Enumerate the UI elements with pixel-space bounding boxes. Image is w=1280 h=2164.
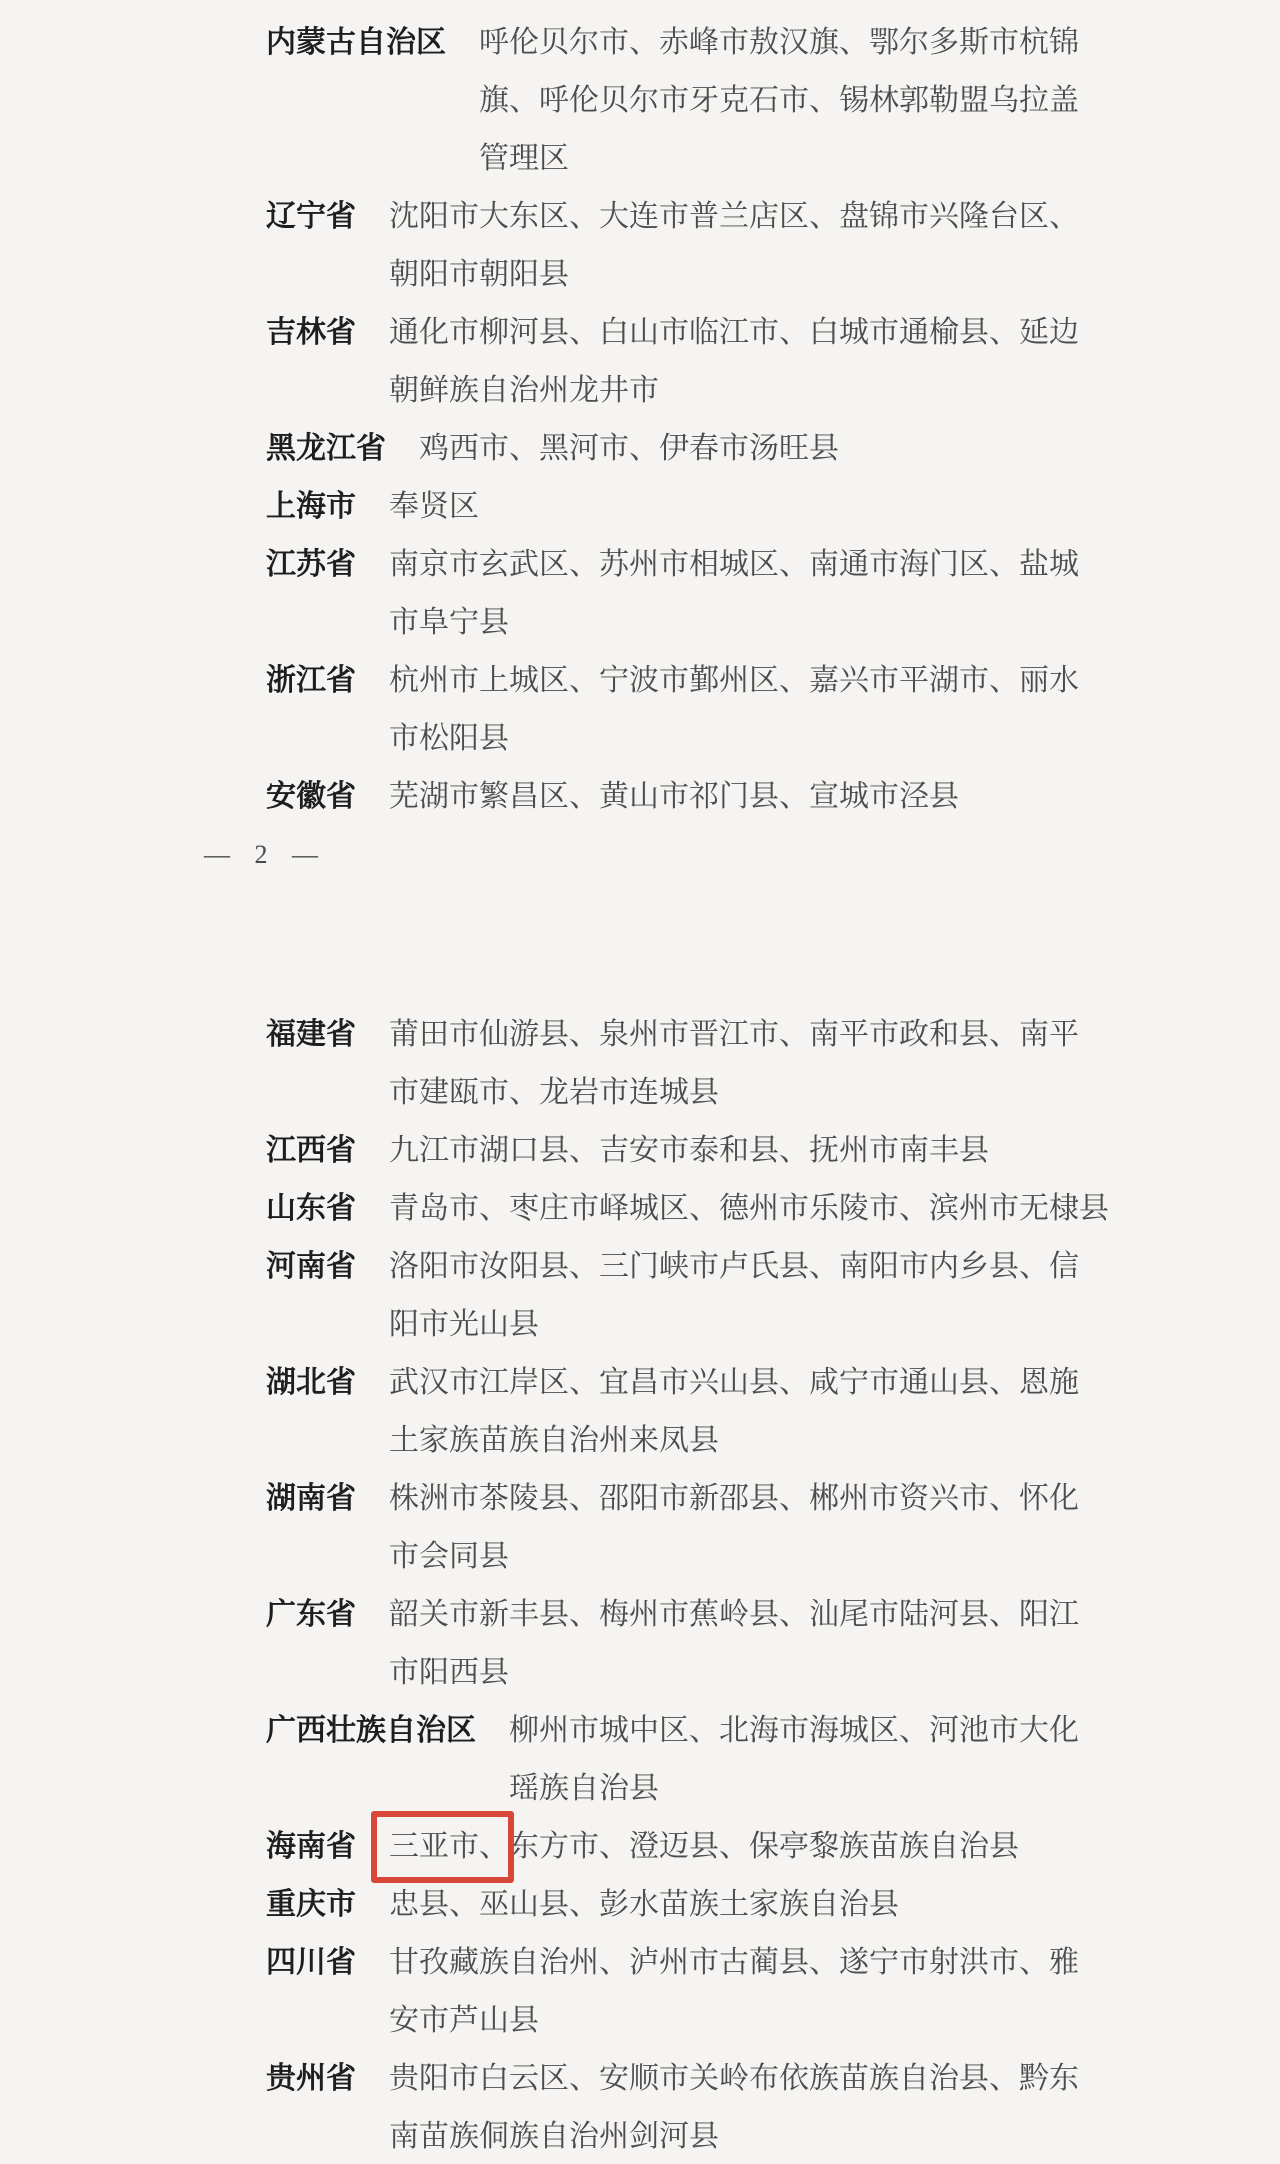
province-label: 湖北省 (266, 1354, 356, 1412)
region-line: 莆田市仙游县、泉州市晋江市、南平市政和县、南平 (389, 1006, 1079, 1064)
region-line: 武汉市江岸区、宜昌市兴山县、咸宁市通山县、恩施 (389, 1354, 1079, 1412)
province-label: 海南省 (266, 1818, 356, 1876)
province-row: 江西省九江市湖口县、吉安市泰和县、抚州市南丰县 (266, 1122, 1126, 1180)
region-list: 通化市柳河县、白山市临江市、白城市通榆县、延边朝鲜族自治州龙井市 (389, 304, 1079, 420)
province-row: 湖北省武汉市江岸区、宜昌市兴山县、咸宁市通山县、恩施土家族苗族自治州来凤县 (266, 1354, 1126, 1470)
page-3-rows: 福建省莆田市仙游县、泉州市晋江市、南平市政和县、南平市建瓯市、龙岩市连城县江西省… (266, 1006, 1126, 2164)
region-line: 沈阳市大东区、大连市普兰店区、盘锦市兴隆台区、 (389, 188, 1079, 246)
region-list: 三亚市、东方市、澄迈县、保亭黎族苗族自治县 (389, 1818, 1019, 1876)
region-line: 朝阳市朝阳县 (389, 246, 1079, 304)
region-line: 阳市光山县 (389, 1296, 1079, 1354)
province-row: 山东省青岛市、枣庄市峄城区、德州市乐陵市、滨州市无棣县 (266, 1180, 1126, 1238)
province-label: 江西省 (266, 1122, 356, 1180)
province-row: 内蒙古自治区呼伦贝尔市、赤峰市敖汉旗、鄂尔多斯市杭锦旗、呼伦贝尔市牙克石市、锡林… (266, 14, 1126, 188)
region-line: 甘孜藏族自治州、泸州市古蔺县、遂宁市射洪市、雅 (389, 1934, 1079, 1992)
region-line: 九江市湖口县、吉安市泰和县、抚州市南丰县 (389, 1122, 989, 1180)
region-list: 呼伦贝尔市、赤峰市敖汉旗、鄂尔多斯市杭锦旗、呼伦贝尔市牙克石市、锡林郭勒盟乌拉盖… (479, 14, 1079, 188)
region-line: 土家族苗族自治州来凤县 (389, 1412, 1079, 1470)
province-label: 河南省 (266, 1238, 356, 1296)
province-label: 黑龙江省 (266, 420, 386, 478)
province-row: 安徽省芜湖市繁昌区、黄山市祁门县、宣城市泾县 (266, 768, 1126, 826)
region-line: 市松阳县 (389, 710, 1079, 768)
page-2-rows: 内蒙古自治区呼伦贝尔市、赤峰市敖汉旗、鄂尔多斯市杭锦旗、呼伦贝尔市牙克石市、锡林… (266, 14, 1126, 826)
province-label: 湖南省 (266, 1470, 356, 1528)
province-label: 安徽省 (266, 768, 356, 826)
region-line: 株洲市茶陵县、邵阳市新邵县、郴州市资兴市、怀化 (389, 1470, 1079, 1528)
province-row: 江苏省南京市玄武区、苏州市相城区、南通市海门区、盐城市阜宁县 (266, 536, 1126, 652)
region-list: 沈阳市大东区、大连市普兰店区、盘锦市兴隆台区、朝阳市朝阳县 (389, 188, 1079, 304)
region-list: 株洲市茶陵县、邵阳市新邵县、郴州市资兴市、怀化市会同县 (389, 1470, 1079, 1586)
province-label: 广西壮族自治区 (266, 1702, 476, 1760)
highlighted-region: 三亚市、 (389, 1818, 509, 1876)
province-row: 广西壮族自治区柳州市城中区、北海市海城区、河池市大化瑶族自治县 (266, 1702, 1126, 1818)
province-label: 吉林省 (266, 304, 356, 362)
region-line: 市阜宁县 (389, 594, 1079, 652)
province-row: 四川省甘孜藏族自治州、泸州市古蔺县、遂宁市射洪市、雅安市芦山县 (266, 1934, 1126, 2050)
province-label: 福建省 (266, 1006, 356, 1064)
region-list: 青岛市、枣庄市峄城区、德州市乐陵市、滨州市无棣县 (389, 1180, 1109, 1238)
region-list: 南京市玄武区、苏州市相城区、南通市海门区、盐城市阜宁县 (389, 536, 1079, 652)
region-list: 武汉市江岸区、宜昌市兴山县、咸宁市通山县、恩施土家族苗族自治州来凤县 (389, 1354, 1079, 1470)
province-label: 四川省 (266, 1934, 356, 1992)
province-row: 上海市奉贤区 (266, 478, 1126, 536)
region-line: 通化市柳河县、白山市临江市、白城市通榆县、延边 (389, 304, 1079, 362)
scanned-document: 内蒙古自治区呼伦贝尔市、赤峰市敖汉旗、鄂尔多斯市杭锦旗、呼伦贝尔市牙克石市、锡林… (0, 0, 1126, 2164)
province-row: 河南省洛阳市汝阳县、三门峡市卢氏县、南阳市内乡县、信阳市光山县 (266, 1238, 1126, 1354)
region-line: 管理区 (479, 130, 1079, 188)
highlight-box (371, 1811, 514, 1883)
province-label: 重庆市 (266, 1876, 356, 1934)
region-list: 芜湖市繁昌区、黄山市祁门县、宣城市泾县 (389, 768, 959, 826)
region-list: 忠县、巫山县、彭水苗族土家族自治县 (389, 1876, 899, 1934)
region-line: 市会同县 (389, 1528, 1079, 1586)
province-label: 山东省 (266, 1180, 356, 1238)
province-label: 贵州省 (266, 2050, 356, 2108)
region-list: 鸡西市、黑河市、伊春市汤旺县 (419, 420, 839, 478)
page-gap (266, 884, 1126, 1006)
region-line: 杭州市上城区、宁波市鄞州区、嘉兴市平湖市、丽水 (389, 652, 1079, 710)
region-list: 贵阳市白云区、安顺市关岭布依族苗族自治县、黔东南苗族侗族自治州剑河县 (389, 2050, 1079, 2164)
region-line: 呼伦贝尔市、赤峰市敖汉旗、鄂尔多斯市杭锦 (479, 14, 1079, 72)
province-label: 广东省 (266, 1586, 356, 1644)
region-line: 瑶族自治县 (509, 1760, 1079, 1818)
province-row: 辽宁省沈阳市大东区、大连市普兰店区、盘锦市兴隆台区、朝阳市朝阳县 (266, 188, 1126, 304)
province-row: 吉林省通化市柳河县、白山市临江市、白城市通榆县、延边朝鲜族自治州龙井市 (266, 304, 1126, 420)
region-line: 鸡西市、黑河市、伊春市汤旺县 (419, 420, 839, 478)
region-line: 南京市玄武区、苏州市相城区、南通市海门区、盐城 (389, 536, 1079, 594)
province-row: 贵州省贵阳市白云区、安顺市关岭布依族苗族自治县、黔东南苗族侗族自治州剑河县 (266, 2050, 1126, 2164)
page-number: — 2 — (204, 826, 1126, 884)
region-line: 柳州市城中区、北海市海城区、河池市大化 (509, 1702, 1079, 1760)
province-row: 浙江省杭州市上城区、宁波市鄞州区、嘉兴市平湖市、丽水市松阳县 (266, 652, 1126, 768)
province-label: 内蒙古自治区 (266, 14, 446, 72)
region-list: 柳州市城中区、北海市海城区、河池市大化瑶族自治县 (509, 1702, 1079, 1818)
province-label: 江苏省 (266, 536, 356, 594)
region-line: 忠县、巫山县、彭水苗族土家族自治县 (389, 1876, 899, 1934)
region-line: 安市芦山县 (389, 1992, 1079, 2050)
page-2: 内蒙古自治区呼伦贝尔市、赤峰市敖汉旗、鄂尔多斯市杭锦旗、呼伦贝尔市牙克石市、锡林… (266, 14, 1126, 884)
region-list: 洛阳市汝阳县、三门峡市卢氏县、南阳市内乡县、信阳市光山县 (389, 1238, 1079, 1354)
page-3: 福建省莆田市仙游县、泉州市晋江市、南平市政和县、南平市建瓯市、龙岩市连城县江西省… (266, 1006, 1126, 2164)
region-line: 韶关市新丰县、梅州市蕉岭县、汕尾市陆河县、阳江 (389, 1586, 1079, 1644)
province-row: 海南省三亚市、东方市、澄迈县、保亭黎族苗族自治县 (266, 1818, 1126, 1876)
region-list: 杭州市上城区、宁波市鄞州区、嘉兴市平湖市、丽水市松阳县 (389, 652, 1079, 768)
region-line: 芜湖市繁昌区、黄山市祁门县、宣城市泾县 (389, 768, 959, 826)
region-line: 旗、呼伦贝尔市牙克石市、锡林郭勒盟乌拉盖 (479, 72, 1079, 130)
province-row: 重庆市忠县、巫山县、彭水苗族土家族自治县 (266, 1876, 1126, 1934)
region-list: 莆田市仙游县、泉州市晋江市、南平市政和县、南平市建瓯市、龙岩市连城县 (389, 1006, 1079, 1122)
region-list: 韶关市新丰县、梅州市蕉岭县、汕尾市陆河县、阳江市阳西县 (389, 1586, 1079, 1702)
region-line: 青岛市、枣庄市峄城区、德州市乐陵市、滨州市无棣县 (389, 1180, 1109, 1238)
province-label: 浙江省 (266, 652, 356, 710)
region-line: 南苗族侗族自治州剑河县 (389, 2108, 1079, 2164)
region-line: 市阳西县 (389, 1644, 1079, 1702)
province-row: 湖南省株洲市茶陵县、邵阳市新邵县、郴州市资兴市、怀化市会同县 (266, 1470, 1126, 1586)
region-line: 洛阳市汝阳县、三门峡市卢氏县、南阳市内乡县、信 (389, 1238, 1079, 1296)
province-row: 广东省韶关市新丰县、梅州市蕉岭县、汕尾市陆河县、阳江市阳西县 (266, 1586, 1126, 1702)
region-line: 市建瓯市、龙岩市连城县 (389, 1064, 1079, 1122)
province-label: 上海市 (266, 478, 356, 536)
region-line: 奉贤区 (389, 478, 479, 536)
region-list: 九江市湖口县、吉安市泰和县、抚州市南丰县 (389, 1122, 989, 1180)
region-line: 朝鲜族自治州龙井市 (389, 362, 1079, 420)
region-list: 甘孜藏族自治州、泸州市古蔺县、遂宁市射洪市、雅安市芦山县 (389, 1934, 1079, 2050)
region-line: 贵阳市白云区、安顺市关岭布依族苗族自治县、黔东 (389, 2050, 1079, 2108)
province-row: 黑龙江省鸡西市、黑河市、伊春市汤旺县 (266, 420, 1126, 478)
province-label: 辽宁省 (266, 188, 356, 246)
province-row: 福建省莆田市仙游县、泉州市晋江市、南平市政和县、南平市建瓯市、龙岩市连城县 (266, 1006, 1126, 1122)
region-list: 奉贤区 (389, 478, 479, 536)
region-line: 三亚市、东方市、澄迈县、保亭黎族苗族自治县 (389, 1818, 1019, 1876)
